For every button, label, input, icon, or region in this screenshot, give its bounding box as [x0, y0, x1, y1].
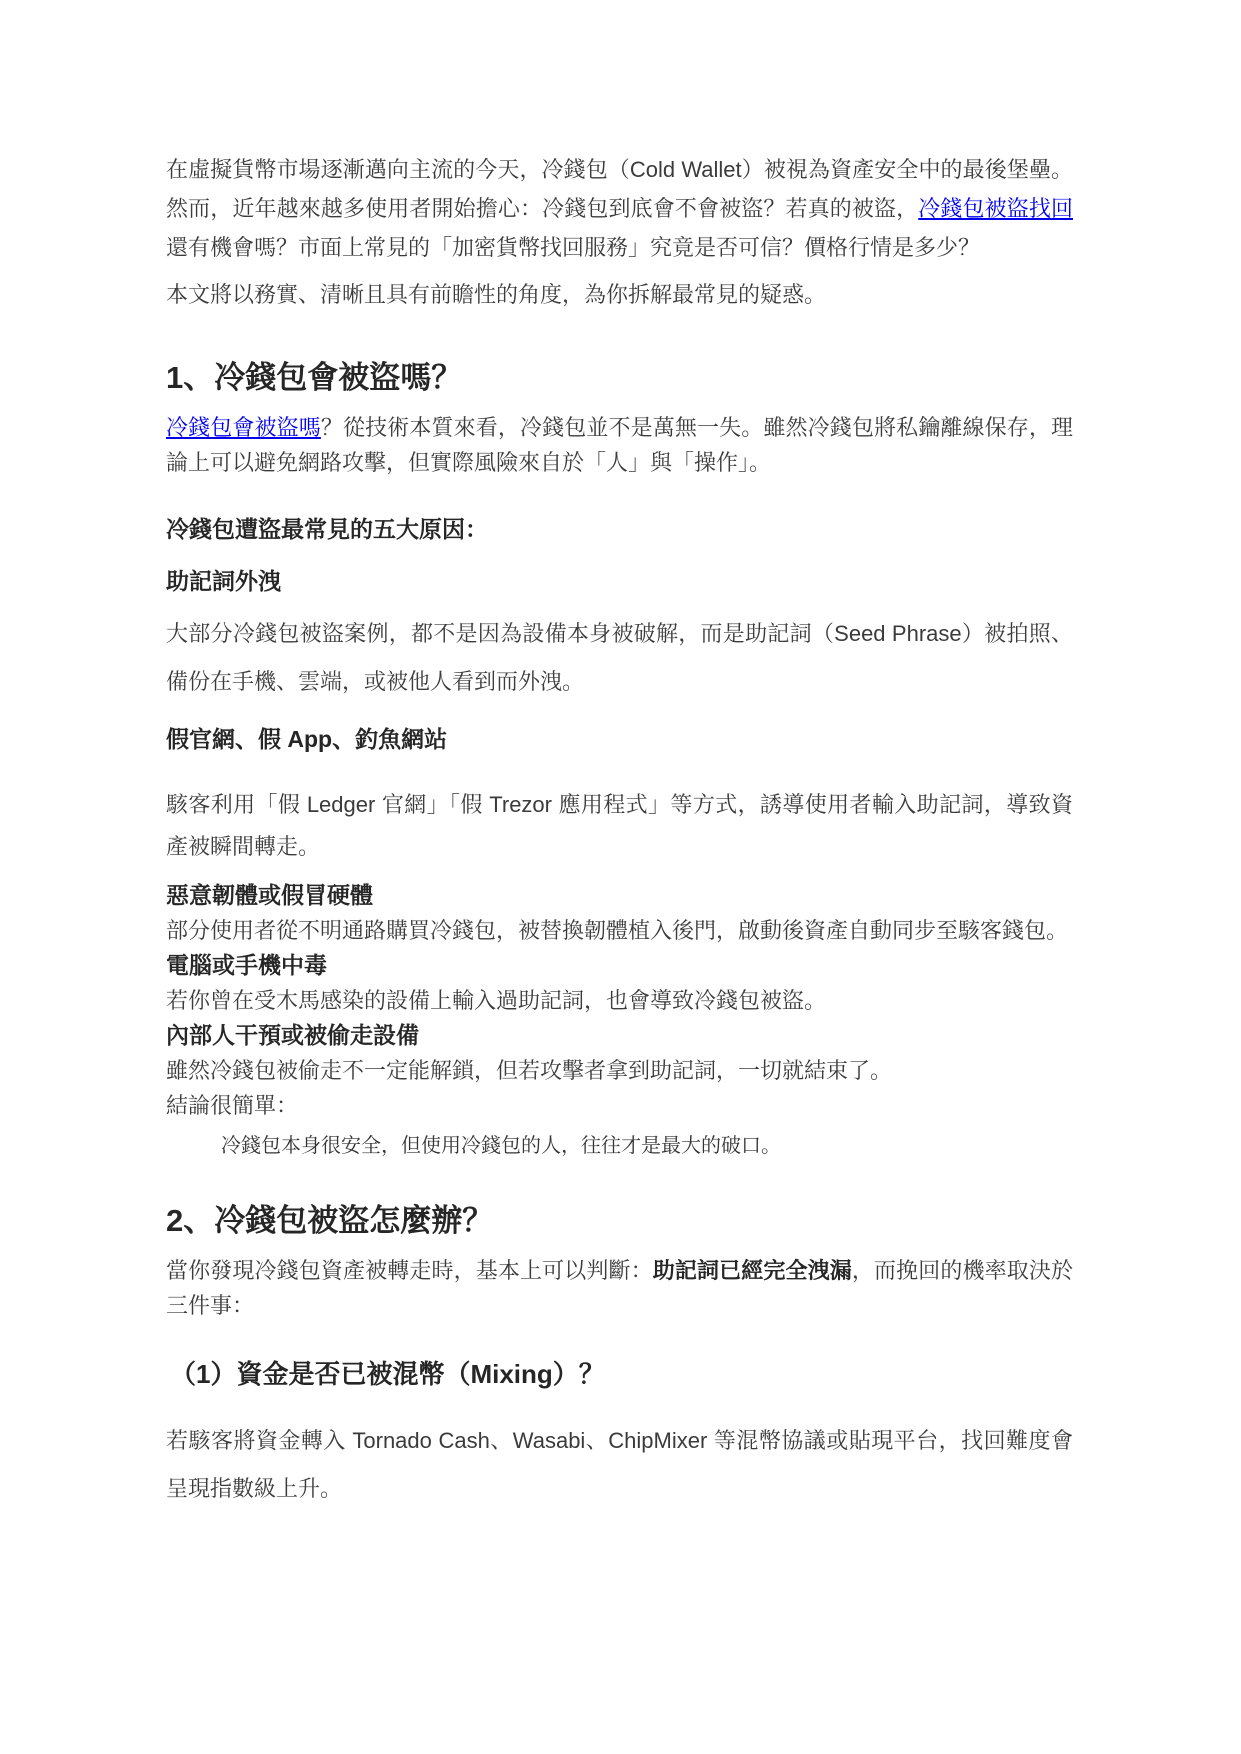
section1-lead-paragraph: 冷錢包會被盜嗎？從技術本質來看，冷錢包並不是萬無一失。雖然冷錢包將私鑰離線保存，…: [166, 410, 1073, 480]
intro-paragraph-2: 本文將以務實、清晰且具有前瞻性的角度，為你拆解最常見的疑惑。: [166, 275, 1073, 314]
cause1-body: 大部分冷錢包被盜案例，都不是因為設備本身被破解，而是助記詞（Seed Phras…: [166, 610, 1073, 706]
cause4-title: 電腦或手機中毒: [166, 948, 1073, 983]
conclusion-quote: 冷錢包本身很安全，但使用冷錢包的人，往往才是最大的破口。: [221, 1131, 1073, 1161]
conclusion-lead: 結論很簡單：: [166, 1088, 1073, 1123]
causes-3-to-5-block: 惡意韌體或假冒硬體 部分使用者從不明通路購買冷錢包，被替換韌體植入後門，啟動後資…: [166, 878, 1073, 1123]
mixing-subheading: （1）資金是否已被混幣（Mixing）？: [166, 1355, 1073, 1393]
link-cold-wallet-recovery[interactable]: 冷錢包被盜找回: [918, 196, 1073, 221]
cause3-body: 部分使用者從不明通路購買冷錢包，被替換韌體植入後門，啟動後資產自動同步至駭客錢包…: [166, 913, 1073, 948]
mixing-body: 若駭客將資金轉入 Tornado Cash、Wasabi、ChipMixer 等…: [166, 1417, 1073, 1513]
intro-text-after-link: 還有機會嗎？市面上常見的「加密貨幣找回服務」究竟是否可信？價格行情是多少？: [166, 235, 980, 260]
link-will-cold-wallet-be-stolen[interactable]: 冷錢包會被盜嗎: [166, 415, 321, 440]
cause1-title: 助記詞外洩: [166, 566, 1073, 596]
cause5-title: 內部人干預或被偷走設備: [166, 1018, 1073, 1053]
section2-bold-phrase: 助記詞已經完全洩漏: [653, 1258, 852, 1283]
cause4-body: 若你曾在受木馬感染的設備上輸入過助記詞，也會導致冷錢包被盜。: [166, 983, 1073, 1018]
cause2-body: 駭客利用「假 Ledger 官網」「假 Trezor 應用程式」等方式，誘導使用…: [166, 784, 1073, 868]
cause2-title: 假官網、假 App、釣魚網站: [166, 724, 1073, 754]
section2-lead-before-bold: 當你發現冷錢包資產被轉走時，基本上可以判斷：: [166, 1258, 653, 1283]
section2-lead-paragraph: 當你發現冷錢包資產被轉走時，基本上可以判斷：助記詞已經完全洩漏，而挽回的機率取決…: [166, 1253, 1073, 1323]
intro-paragraph: 在虛擬貨幣市場逐漸邁向主流的今天，冷錢包（Cold Wallet）被視為資產安全…: [166, 150, 1073, 267]
five-causes-heading: 冷錢包遭盜最常見的五大原因：: [166, 514, 1073, 544]
section1-heading: 1、冷錢包會被盜嗎？: [166, 356, 1073, 400]
document-page: 在虛擬貨幣市場逐漸邁向主流的今天，冷錢包（Cold Wallet）被視為資產安全…: [0, 0, 1241, 1754]
cause3-title: 惡意韌體或假冒硬體: [166, 878, 1073, 913]
cause5-body: 雖然冷錢包被偷走不一定能解鎖，但若攻擊者拿到助記詞，一切就結束了。: [166, 1053, 1073, 1088]
section2-heading: 2、冷錢包被盜怎麼辦？: [166, 1199, 1073, 1243]
